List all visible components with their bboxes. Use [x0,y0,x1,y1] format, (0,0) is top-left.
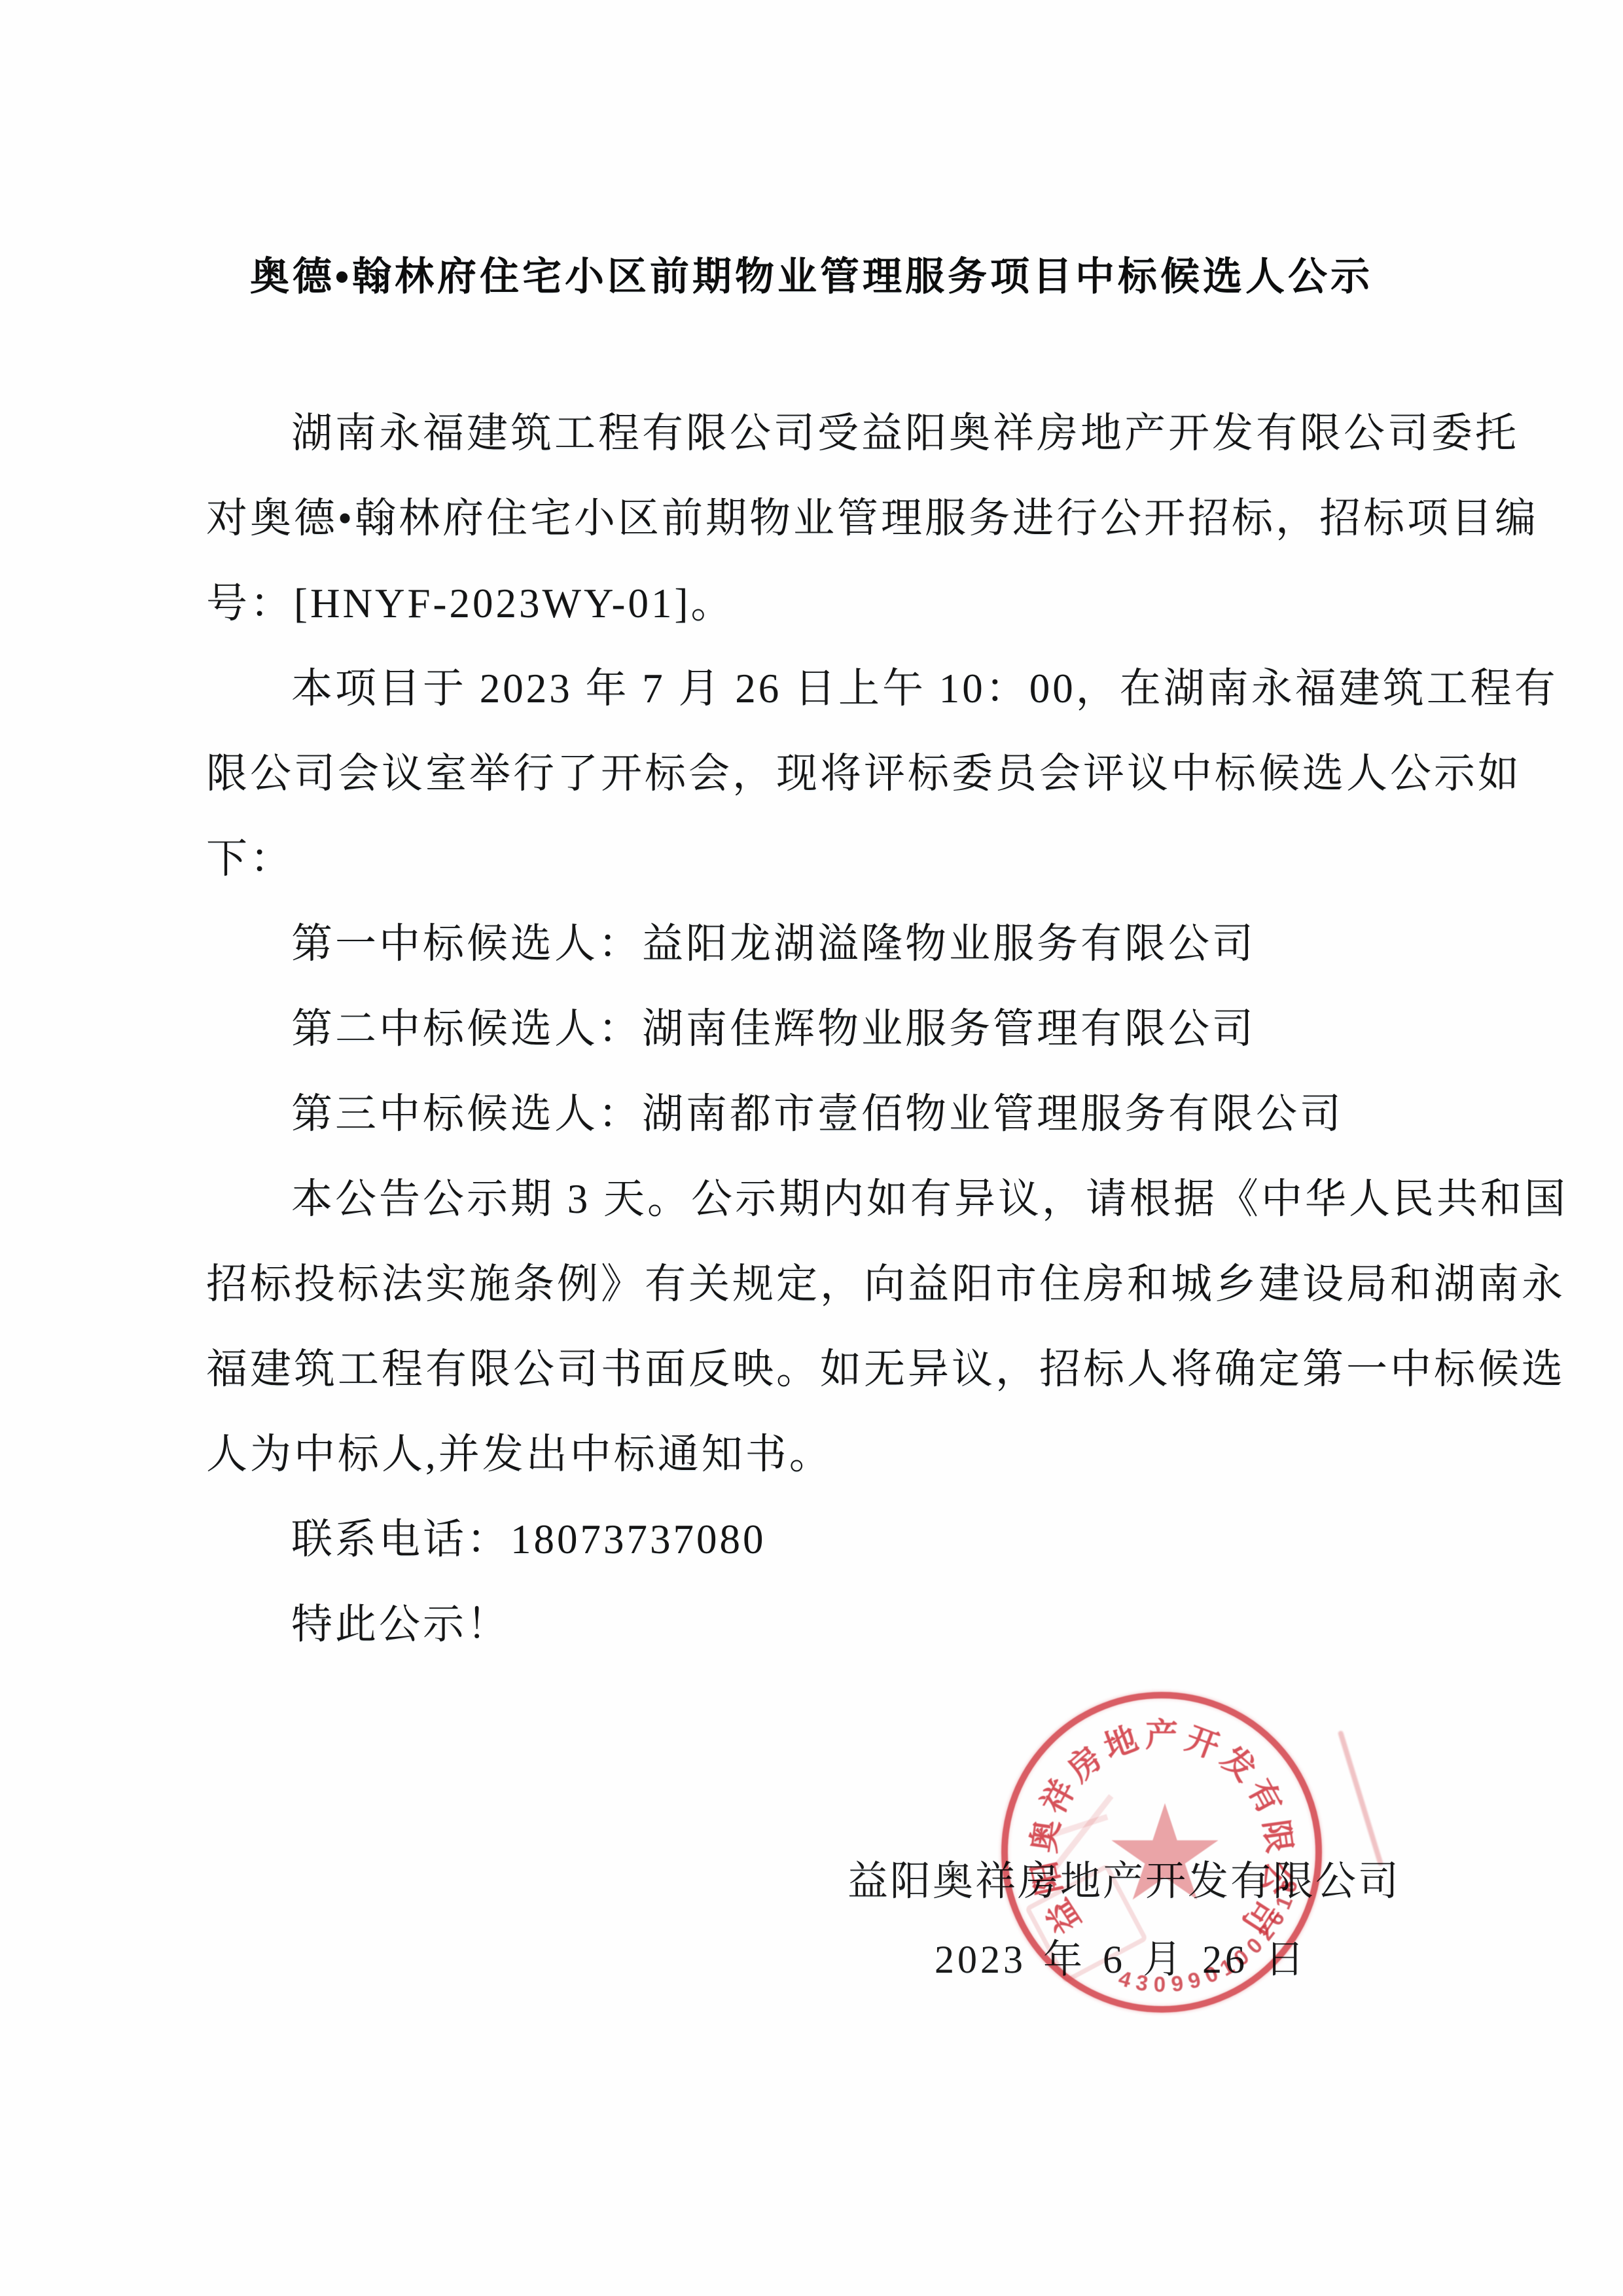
company-seal: 益阳奥祥房地产开发有限公司 4309901002616 [1001,1692,1322,2013]
seal-arc-char: 限 [1255,1816,1306,1856]
seal-serial-digit: 0 [1154,1972,1166,1997]
body-line: 本公告公示期 3 天。公示期内如有异议，请根据《中华人民共和国 [206,1157,1554,1242]
body-line: 招标投标法实施条例》有关规定，向益阳市住房和城乡建设局和湖南永 [206,1242,1554,1327]
body-line: 对奥德•翰林府住宅小区前期物业管理服务进行公开招标，招标项目编 [206,476,1554,561]
seal-arc-char: 产 [1145,1709,1178,1756]
body-line: 第一中标候选人：益阳龙湖溢隆物业服务有限公司 [206,901,1554,986]
body-line: 本项目于 2023 年 7 月 26 日上午 10：00，在湖南永福建筑工程有 [206,646,1554,731]
document-page: { "document": { "title": "奥德•翰林府住宅小区前期物业… [0,0,1623,2296]
document-body: 湖南永福建筑工程有限公司受益阳奥祥房地产开发有限公司委托对奥德•翰林府住宅小区前… [206,391,1554,1667]
body-line: 人为中标人,并发出中标通知书。 [206,1412,1554,1497]
body-line: 下： [206,816,1554,901]
body-line: 湖南永福建筑工程有限公司受益阳奥祥房地产开发有限公司委托 [206,391,1554,476]
body-line: 特此公示！ [206,1582,1554,1667]
body-line: 福建筑工程有限公司书面反映。如无异议，招标人将确定第一中标候选 [206,1327,1554,1412]
body-line: 号：[HNYF-2023WY-01]。 [206,561,1554,646]
body-line: 第三中标候选人：湖南都市壹佰物业管理服务有限公司 [206,1071,1554,1157]
body-line: 联系电话：18073737080 [206,1497,1554,1582]
scanned-document: 奥德•翰林府住宅小区前期物业管理服务项目中标候选人公示 湖南永福建筑工程有限公司… [0,0,1623,2296]
body-line: 第二中标候选人：湖南佳辉物业服务管理有限公司 [206,986,1554,1071]
ink-smear-artifact [1338,1731,1384,1867]
document-title: 奥德•翰林府住宅小区前期物业管理服务项目中标候选人公示 [0,252,1623,302]
body-line: 限公司会议室举行了开标会，现将评标委员会评议中标候选人公示如 [206,731,1554,816]
